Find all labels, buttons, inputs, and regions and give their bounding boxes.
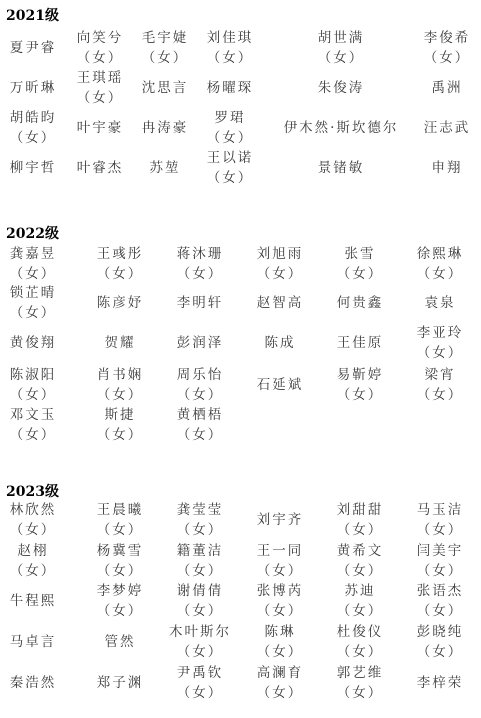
student-name: 伊木然·斯坎德尔 <box>284 118 399 138</box>
student-entry: 李俊希（女） <box>424 28 471 68</box>
student-name: 林欣然 <box>10 500 57 520</box>
student-name: 申翔 <box>432 158 463 178</box>
gender-marker: （女） <box>207 168 254 188</box>
student-entry: 李梦婷（女） <box>97 581 144 621</box>
gender-marker: （女） <box>10 385 57 405</box>
gender-marker: （女） <box>417 601 464 621</box>
student-name: 沈思言 <box>142 78 189 98</box>
student-entry: 谢倩倩（女） <box>177 581 224 621</box>
student-entry: 张语杰（女） <box>417 581 464 621</box>
student-name: 张博芮 <box>257 581 304 601</box>
gender-marker: （女） <box>10 264 57 284</box>
student-entry: 郑子渊 <box>97 673 144 693</box>
student-entry: 陈琳（女） <box>257 622 304 662</box>
student-name: 黄栖梧 <box>177 405 224 425</box>
student-name: 木叶斯尔 <box>169 622 231 642</box>
student-entry: 禹洲 <box>432 78 463 98</box>
section-title: 2023级 <box>6 484 59 500</box>
student-name: 李亚玲 <box>417 323 464 343</box>
gender-marker: （女） <box>337 264 384 284</box>
student-name: 李俊希 <box>424 28 471 48</box>
gender-marker: （女） <box>417 264 464 284</box>
gender-marker: （女） <box>177 520 224 540</box>
student-entry: 景锗敏 <box>318 158 365 178</box>
student-name: 叶宇豪 <box>77 118 124 138</box>
student-name: 陈琳 <box>257 622 304 642</box>
gender-marker: （女） <box>257 561 304 581</box>
student-name: 尹禹钦 <box>177 663 224 683</box>
student-entry: 李明轩 <box>177 293 224 313</box>
student-name: 杨冀雪 <box>97 541 144 561</box>
gender-marker: （女） <box>10 520 57 540</box>
student-entry: 陈淑阳（女） <box>10 365 57 405</box>
student-entry: 闫美宇（女） <box>417 541 464 581</box>
gender-marker: （女） <box>177 264 224 284</box>
student-entry: 苏迪（女） <box>337 581 384 621</box>
student-entry: 杨冀雪（女） <box>97 541 144 581</box>
student-entry: 周乐怡（女） <box>177 365 224 405</box>
student-name: 王晨曦 <box>97 500 144 520</box>
student-entry: 伊木然·斯坎德尔 <box>284 118 399 138</box>
student-name: 陈淑阳 <box>10 365 57 385</box>
student-entry: 刘旭雨（女） <box>257 244 304 284</box>
student-name: 景锗敏 <box>318 158 365 178</box>
student-entry: 贺耀 <box>105 333 136 353</box>
student-name: 刘甜甜 <box>337 500 384 520</box>
student-entry: 夏尹睿 <box>10 38 57 58</box>
student-entry: 叶睿杰 <box>77 158 124 178</box>
student-entry: 邓文玉（女） <box>10 405 57 445</box>
gender-marker: （女） <box>97 601 144 621</box>
gender-marker: （女） <box>318 48 365 68</box>
student-name: 向笑兮 <box>77 28 124 48</box>
student-name: 张雪 <box>337 244 384 264</box>
gender-marker: （女） <box>337 642 384 662</box>
student-name: 蒋沐珊 <box>177 244 224 264</box>
student-name: 毛宇婕 <box>142 28 189 48</box>
student-name: 斯捷 <box>97 405 144 425</box>
student-entry: 罗珺（女） <box>207 108 254 148</box>
student-name: 锁芷晴 <box>10 283 57 303</box>
student-entry: 刘宇齐 <box>257 510 304 530</box>
student-name: 胡皓昀 <box>10 108 57 128</box>
gender-marker: （女） <box>10 561 57 581</box>
gender-marker: （女） <box>337 601 384 621</box>
gender-marker: （女） <box>257 264 304 284</box>
student-entry: 杜俊仪（女） <box>337 622 384 662</box>
gender-marker: （女） <box>97 561 144 581</box>
student-name: 徐熙琳 <box>417 244 464 264</box>
student-entry: 申翔 <box>432 158 463 178</box>
gender-marker: （女） <box>169 642 231 662</box>
student-name: 张语杰 <box>417 581 464 601</box>
student-name: 朱俊涛 <box>318 78 365 98</box>
gender-marker: （女） <box>177 561 224 581</box>
gender-marker: （女） <box>97 264 144 284</box>
student-entry: 高澜育（女） <box>257 663 304 703</box>
student-name: 刘佳琪 <box>207 28 254 48</box>
student-entry: 柳宇哲 <box>10 158 57 178</box>
gender-marker: （女） <box>177 601 224 621</box>
student-name: 马玉洁 <box>417 500 464 520</box>
student-entry: 王以诺（女） <box>207 148 254 188</box>
student-entry: 胡皓昀（女） <box>10 108 57 148</box>
student-name: 彭润泽 <box>177 333 224 353</box>
student-entry: 木叶斯尔（女） <box>169 622 231 662</box>
student-name: 郑子渊 <box>97 673 144 693</box>
student-entry: 王一同（女） <box>257 541 304 581</box>
student-entry: 龚嘉昱（女） <box>10 244 57 284</box>
student-name: 易靳婷 <box>337 365 384 385</box>
gender-marker: （女） <box>10 128 57 148</box>
student-entry: 张雪（女） <box>337 244 384 284</box>
student-entry: 锁芷晴（女） <box>10 283 57 323</box>
student-name: 黄希文 <box>337 541 384 561</box>
student-entry: 牛程熙 <box>10 591 57 611</box>
student-entry: 袁泉 <box>425 293 456 313</box>
gender-marker: （女） <box>77 48 124 68</box>
student-name: 杨曜琛 <box>207 78 254 98</box>
gender-marker: （女） <box>417 343 464 363</box>
student-name: 汪志武 <box>424 118 471 138</box>
student-name: 秦浩然 <box>10 673 57 693</box>
student-entry: 向笑兮（女） <box>77 28 124 68</box>
student-name: 高澜育 <box>257 663 304 683</box>
gender-marker: （女） <box>337 683 384 703</box>
gender-marker: （女） <box>177 425 224 445</box>
student-entry: 朱俊涛 <box>318 78 365 98</box>
student-name: 彭晓纯 <box>417 622 464 642</box>
gender-marker: （女） <box>257 683 304 703</box>
student-name: 马卓言 <box>10 632 57 652</box>
student-entry: 易靳婷（女） <box>337 365 384 405</box>
student-entry: 沈思言 <box>142 78 189 98</box>
student-entry: 石延斌 <box>257 375 304 395</box>
student-entry: 斯捷（女） <box>97 405 144 445</box>
gender-marker: （女） <box>10 425 57 445</box>
gender-marker: （女） <box>424 48 471 68</box>
student-entry: 张博芮（女） <box>257 581 304 621</box>
student-entry: 肖书娴（女） <box>97 365 144 405</box>
student-name: 罗珺 <box>207 108 254 128</box>
student-name: 王佳原 <box>337 333 384 353</box>
gender-marker: （女） <box>417 520 464 540</box>
gender-marker: （女） <box>417 642 464 662</box>
student-name: 贺耀 <box>105 333 136 353</box>
student-entry: 王琪瑶（女） <box>77 68 124 108</box>
student-entry: 黄栖梧（女） <box>177 405 224 445</box>
student-name: 邓文玉 <box>10 405 57 425</box>
student-name: 夏尹睿 <box>10 38 57 58</box>
student-entry: 何贵鑫 <box>337 293 384 313</box>
student-entry: 秦浩然 <box>10 673 57 693</box>
student-entry: 叶宇豪 <box>77 118 124 138</box>
gender-marker: （女） <box>97 425 144 445</box>
student-name: 胡世满 <box>318 28 365 48</box>
gender-marker: （女） <box>257 642 304 662</box>
student-entry: 毛宇婕（女） <box>142 28 189 68</box>
student-entry: 王晨曦（女） <box>97 500 144 540</box>
student-entry: 蒋沐珊（女） <box>177 244 224 284</box>
student-entry: 郭艺维（女） <box>337 663 384 703</box>
student-name: 李明轩 <box>177 293 224 313</box>
student-name: 杜俊仪 <box>337 622 384 642</box>
section-title: 2021级 <box>6 8 59 24</box>
student-name: 郭艺维 <box>337 663 384 683</box>
gender-marker: （女） <box>207 128 254 148</box>
student-entry: 王佳原 <box>337 333 384 353</box>
student-name: 赵栩 <box>10 541 57 561</box>
student-name: 袁泉 <box>425 293 456 313</box>
student-name: 王彧彤 <box>97 244 144 264</box>
student-name: 周乐怡 <box>177 365 224 385</box>
student-entry: 赵栩（女） <box>10 541 57 581</box>
gender-marker: （女） <box>417 385 464 405</box>
student-entry: 李梓荣 <box>417 673 464 693</box>
student-name: 禹洲 <box>432 78 463 98</box>
student-entry: 陈彦妤 <box>97 293 144 313</box>
student-entry: 赵智高 <box>257 293 304 313</box>
student-entry: 马玉洁（女） <box>417 500 464 540</box>
gender-marker: （女） <box>177 385 224 405</box>
student-name: 王一同 <box>257 541 304 561</box>
student-name: 肖书娴 <box>97 365 144 385</box>
student-entry: 胡世满（女） <box>318 28 365 68</box>
student-entry: 彭晓纯（女） <box>417 622 464 662</box>
student-name: 万昕琳 <box>10 78 57 98</box>
student-entry: 刘甜甜（女） <box>337 500 384 540</box>
student-name: 牛程熙 <box>10 591 57 611</box>
student-entry: 彭润泽 <box>177 333 224 353</box>
student-name: 刘宇齐 <box>257 510 304 530</box>
student-entry: 龚莹莹（女） <box>177 500 224 540</box>
student-entry: 苏堃 <box>150 158 181 178</box>
student-name: 黄俊翔 <box>10 333 57 353</box>
student-entry: 陈成 <box>265 333 296 353</box>
student-name: 管然 <box>105 632 136 652</box>
student-entry: 籍董洁（女） <box>177 541 224 581</box>
student-name: 李梦婷 <box>97 581 144 601</box>
student-entry: 黄俊翔 <box>10 333 57 353</box>
student-entry: 马卓言 <box>10 632 57 652</box>
student-name: 梁宵 <box>417 365 464 385</box>
student-name: 苏堃 <box>150 158 181 178</box>
student-entry: 梁宵（女） <box>417 365 464 405</box>
gender-marker: （女） <box>257 601 304 621</box>
student-name: 龚莹莹 <box>177 500 224 520</box>
student-entry: 万昕琳 <box>10 78 57 98</box>
student-name: 李梓荣 <box>417 673 464 693</box>
student-name: 柳宇哲 <box>10 158 57 178</box>
student-entry: 管然 <box>105 632 136 652</box>
gender-marker: （女） <box>417 561 464 581</box>
student-entry: 黄希文（女） <box>337 541 384 581</box>
gender-marker: （女） <box>77 88 124 108</box>
student-entry: 刘佳琪（女） <box>207 28 254 68</box>
gender-marker: （女） <box>337 561 384 581</box>
student-name: 叶睿杰 <box>77 158 124 178</box>
student-name: 赵智高 <box>257 293 304 313</box>
student-name: 刘旭雨 <box>257 244 304 264</box>
student-name: 陈彦妤 <box>97 293 144 313</box>
student-entry: 杨曜琛 <box>207 78 254 98</box>
student-name: 王以诺 <box>207 148 254 168</box>
gender-marker: （女） <box>97 520 144 540</box>
student-name: 冉涛豪 <box>142 118 189 138</box>
student-name: 石延斌 <box>257 375 304 395</box>
student-name: 龚嘉昱 <box>10 244 57 264</box>
student-name: 苏迪 <box>337 581 384 601</box>
gender-marker: （女） <box>97 385 144 405</box>
gender-marker: （女） <box>337 385 384 405</box>
section-title: 2022级 <box>6 226 59 242</box>
gender-marker: （女） <box>142 48 189 68</box>
gender-marker: （女） <box>337 520 384 540</box>
student-name: 王琪瑶 <box>77 68 124 88</box>
student-name: 何贵鑫 <box>337 293 384 313</box>
student-entry: 汪志武 <box>424 118 471 138</box>
student-entry: 李亚玲（女） <box>417 323 464 363</box>
gender-marker: （女） <box>207 48 254 68</box>
student-entry: 林欣然（女） <box>10 500 57 540</box>
student-name: 陈成 <box>265 333 296 353</box>
gender-marker: （女） <box>10 303 57 323</box>
student-entry: 王彧彤（女） <box>97 244 144 284</box>
student-entry: 尹禹钦（女） <box>177 663 224 703</box>
student-entry: 徐熙琳（女） <box>417 244 464 284</box>
student-name: 籍董洁 <box>177 541 224 561</box>
student-name: 闫美宇 <box>417 541 464 561</box>
gender-marker: （女） <box>177 683 224 703</box>
student-entry: 冉涛豪 <box>142 118 189 138</box>
student-name: 谢倩倩 <box>177 581 224 601</box>
